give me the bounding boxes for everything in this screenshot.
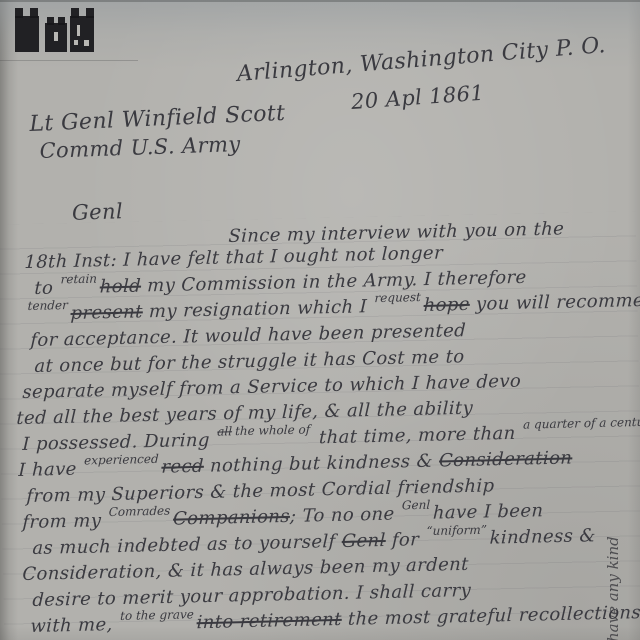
text-segment: present	[70, 301, 143, 324]
letter-page: Arlington, Washington City P. O. 20 Apl …	[0, 0, 640, 640]
text-segment: Genl	[341, 530, 386, 552]
text-segment: experienced	[84, 446, 159, 474]
text-segment: I have	[18, 459, 83, 481]
paper-top-edge	[0, 0, 640, 2]
text-segment: retain	[60, 266, 97, 293]
paper-crease	[0, 60, 138, 61]
text-segment: “uniform”	[426, 517, 487, 544]
text-segment: with me,	[30, 614, 119, 637]
letter-place-date-line: Arlington, Washington City P. O.	[236, 33, 607, 87]
text-segment: the whole of	[235, 416, 311, 444]
text-segment: Comrades	[108, 498, 170, 525]
text-segment: Genl	[402, 492, 431, 519]
text-segment: a quarter of a century	[523, 409, 640, 438]
text-segment: hope	[423, 294, 470, 316]
recipient-title: Commd U.S. Army	[39, 132, 241, 163]
text-segment: my resignation which I	[143, 296, 374, 322]
engineer-castle-stamp	[14, 4, 96, 56]
text-segment: Consideration	[439, 447, 573, 471]
text-segment: kindness &	[489, 525, 596, 548]
letter-date-line: 20 Apl 1861	[350, 81, 485, 114]
recipient-name: Lt Genl Winfield Scott	[29, 101, 286, 137]
text-segment: tender	[27, 292, 68, 319]
letter-body: Since my interview with you on the18th I…	[16, 224, 640, 640]
letter-line: with me, to the graveinto retirement the…	[30, 600, 640, 640]
text-segment: that time, more than	[313, 423, 523, 449]
text-segment: recd	[161, 456, 204, 478]
text-segment: Companions	[173, 506, 291, 530]
text-segment: for	[385, 529, 425, 551]
salutation: Genl	[72, 199, 124, 225]
text-segment: hold	[99, 276, 141, 298]
text-segment: into retirement	[196, 609, 342, 633]
text-segment: nothing but kindness &	[204, 450, 440, 476]
text-segment: ; To no one	[290, 503, 401, 527]
text-segment: to the grave	[120, 601, 195, 629]
text-segment: request	[374, 284, 421, 311]
text-segment: all	[217, 418, 233, 444]
text-segment: the most grateful recollections	[341, 602, 640, 630]
text-segment: you will recommend	[470, 289, 640, 315]
text-segment: from my	[22, 510, 108, 533]
vertical-margin-note: have any kind	[604, 467, 622, 640]
